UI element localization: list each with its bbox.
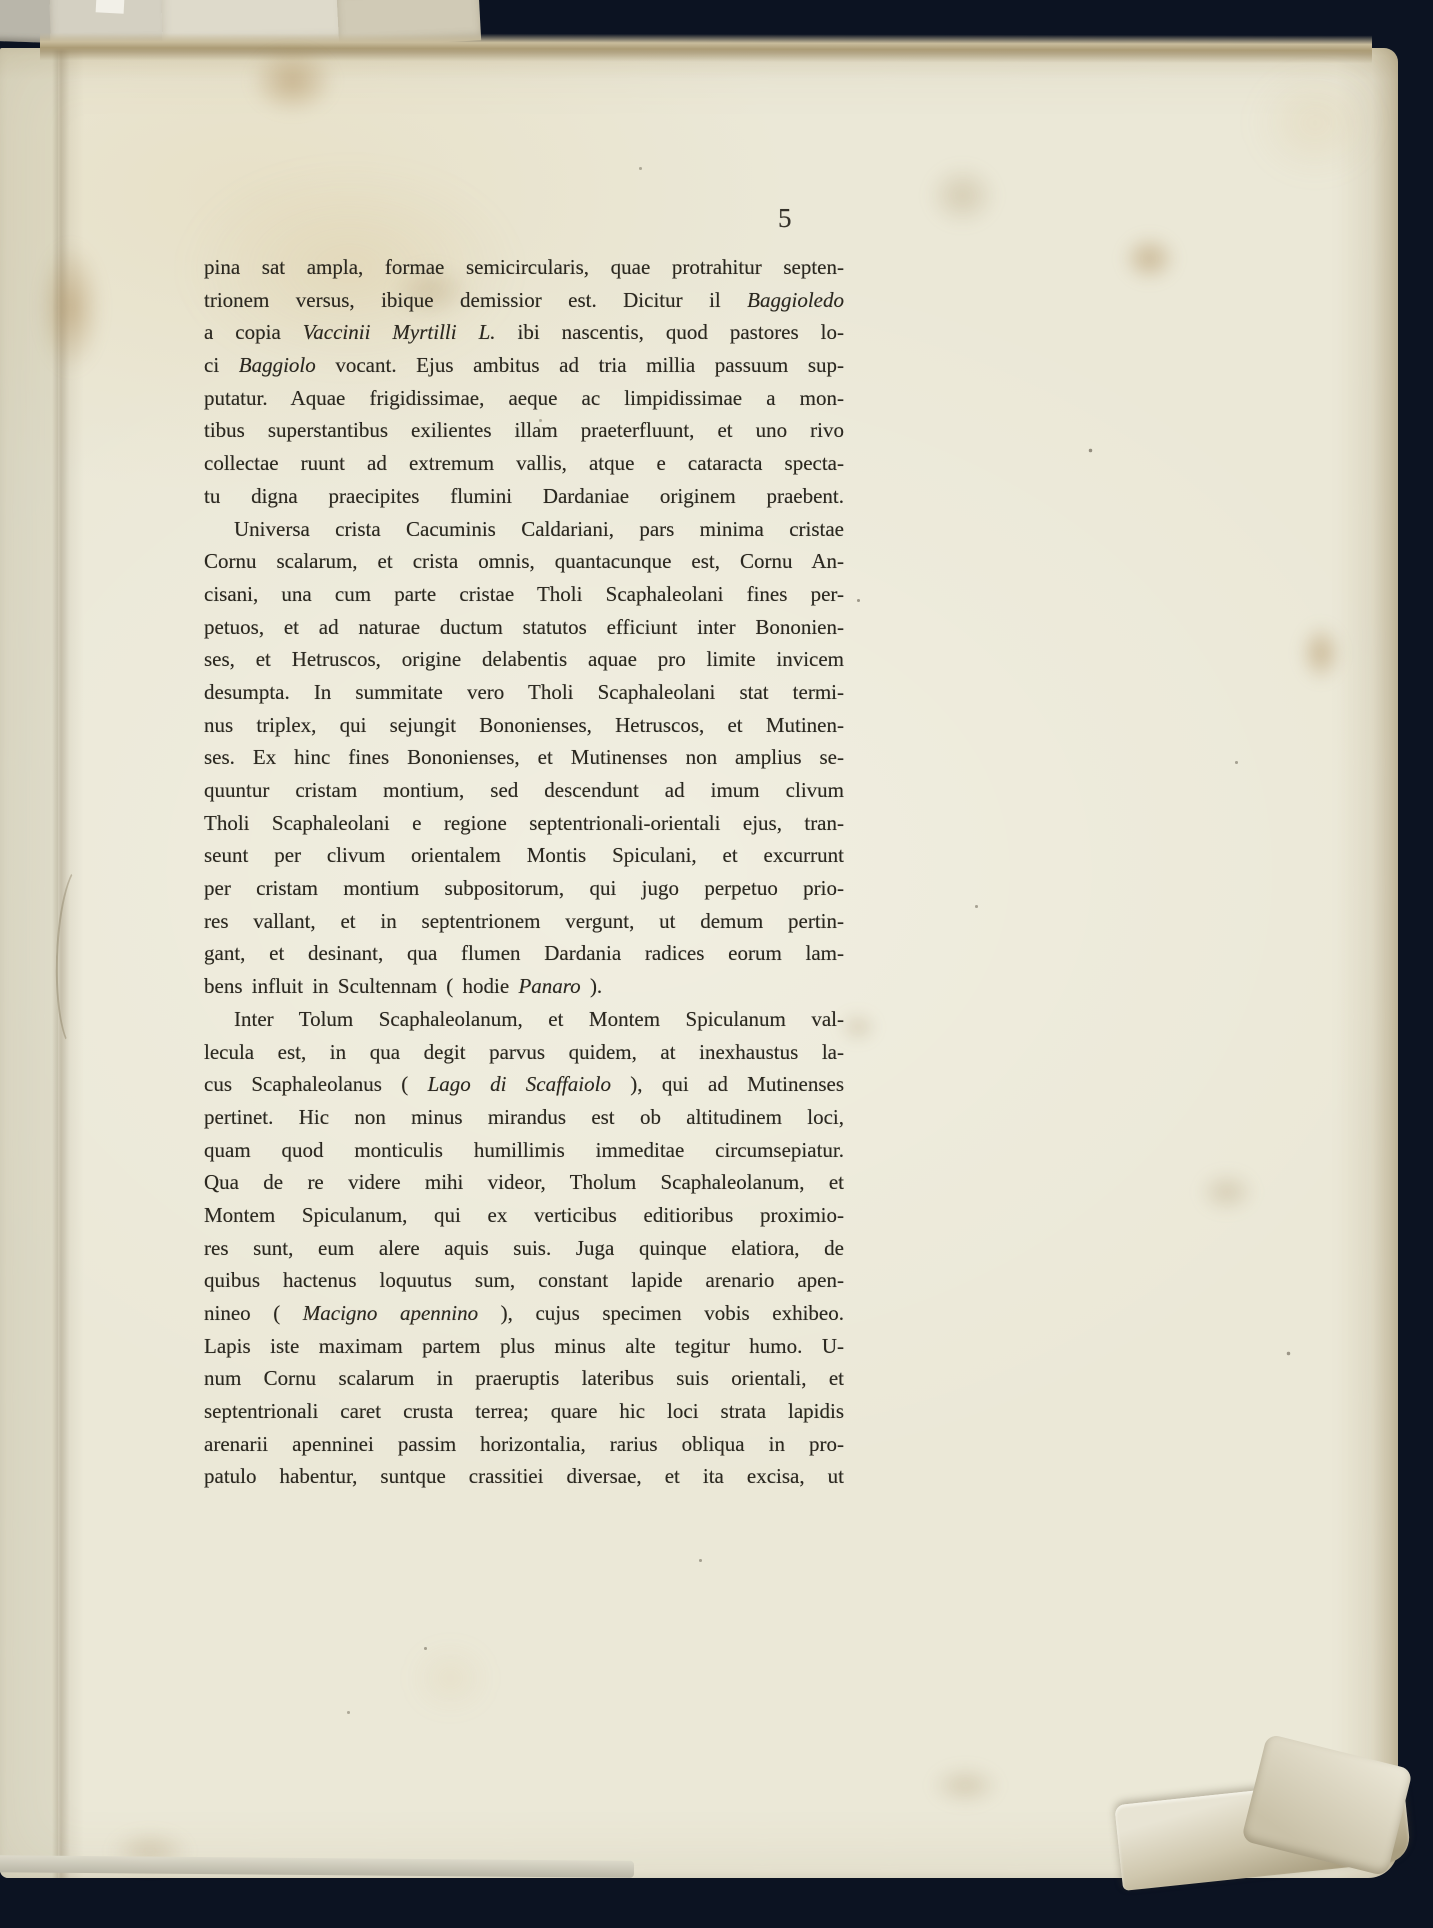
foxing-stain [235,36,350,126]
text-line: petuos, et ad naturae ductum statutos ef… [204,615,844,648]
foxing-stain [918,1758,1013,1813]
text-line: bens influit in Scultennam ( hodie Panar… [204,974,844,1007]
text-line: gant, et desinant, qua flumen Dardania r… [204,941,844,974]
text-line: res sunt, eum alere aquis suis. Juga qui… [204,1236,844,1269]
text-line: ses, et Hetruscos, origine delabentis aq… [204,647,844,680]
text-line: pina sat ampla, formae semicircularis, q… [204,255,844,288]
text-line: Montem Spiculanum, qui ex verticibus edi… [204,1203,844,1236]
text-line: desumpta. In summitate vero Tholi Scapha… [204,680,844,713]
text-line: Universa crista Cacuminis Caldariani, pa… [204,517,844,550]
text-line: cisani, una cum parte cristae Tholi Scap… [204,582,844,615]
text-line: Cornu scalarum, et crista omnis, quantac… [204,549,844,582]
text-line: patulo habentur, suntque crassitiei dive… [204,1464,844,1497]
foxing-stain [1240,58,1390,188]
text-line: res vallant, et in septentrionem vergunt… [204,909,844,942]
text-line: nineo ( Macigno apennino ), cujus specim… [204,1301,844,1334]
text-line: trionem versus, ibique demissior est. Di… [204,288,844,321]
foxing-stain [915,153,1010,238]
text-line: putatur. Aquae frigidissimae, aeque ac l… [204,386,844,419]
text-line: nus triplex, qui sejungit Bononienses, H… [204,713,844,746]
foxing-stain [1112,226,1187,291]
text-line: pertinet. Hic non minus mirandus est ob … [204,1105,844,1138]
text-line: Tholi Scaphaleolani e regione septentrio… [204,811,844,844]
text-line: seunt per clivum orientalem Montis Spicu… [204,843,844,876]
page-number: 5 [778,203,793,234]
text-line: ci Baggiolo vocant. Ejus ambitus ad tria… [204,353,844,386]
text-line: arenarii apenninei passim horizontalia, … [204,1432,844,1465]
text-line: cus Scaphaleolanus ( Lago di Scaffaiolo … [204,1072,844,1105]
paper-specks [0,48,1,49]
text-line: Lapis iste maximam partem plus minus alt… [204,1334,844,1367]
text-line: collectae ruunt ad extremum vallis, atqu… [204,451,844,484]
text-line: tu digna praecipites flumini Dardaniae o… [204,484,844,517]
text-line: per cristam montium subpositorum, qui ju… [204,876,844,909]
foxing-stain [408,1643,493,1713]
text-line: Qua de re videre mihi videor, Tholum Sca… [204,1170,844,1203]
text-block: pina sat ampla, formae semicircularis, q… [204,255,844,1497]
book-page: 5 pina sat ampla, formae semicircularis,… [0,48,1398,1878]
foxing-stain [1292,613,1350,693]
text-line: Inter Tolum Scaphaleolanum, et Montem Sp… [204,1007,844,1040]
text-line: septentrionali caret crusta terrea; quar… [204,1399,844,1432]
text-line: tibus superstantibus exilientes illam pr… [204,418,844,451]
text-line: quam quod monticulis humillimis immedita… [204,1138,844,1171]
text-line: ses. Ex hinc fines Bononienses, et Mutin… [204,745,844,778]
book-photo: 5 pina sat ampla, formae semicircularis,… [0,0,1433,1928]
foxing-stain [28,220,113,395]
paper-fragment [96,0,125,14]
foxing-stain [1188,1163,1266,1221]
text-line: quibus hactenus loquutus sum, constant l… [204,1268,844,1301]
text-line: lecula est, in qua degit parvus quidem, … [204,1040,844,1073]
text-line: a copia Vaccinii Myrtilli L. ibi nascent… [204,320,844,353]
text-line: quuntur cristam montium, sed descendunt … [204,778,844,811]
text-line: num Cornu scalarum in praeruptis laterib… [204,1366,844,1399]
